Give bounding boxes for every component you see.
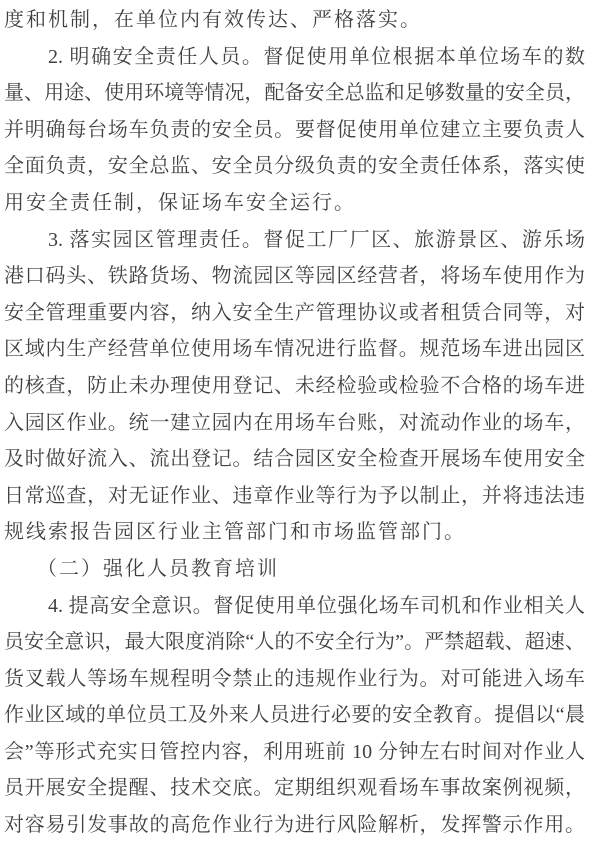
- text-line: 货叉载人等场车规程明令禁止的违规作业行为。对可能进入场车: [4, 661, 585, 698]
- text-line: 全面负责，安全总监、安全员分级负责的安全责任体系，落实使: [4, 148, 585, 185]
- text-line: 员安全意识，最大限度消除“人的不安全行为”。严禁超载、超速、: [4, 624, 585, 661]
- text-line: 度和机制，在单位内有效传达、严格落实。: [4, 2, 585, 39]
- text-line: 用安全责任制，保证场车安全运行。: [4, 185, 585, 222]
- text-line: 员开展安全提醒、技术交底。定期组织观看场车事故案例视频，: [4, 770, 585, 807]
- text-line: 及时做好流入、流出登记。结合园区安全检查开展场车使用安全: [4, 441, 585, 478]
- text-line: 量、用途、使用环境等情况，配备安全总监和足够数量的安全员，: [4, 75, 585, 112]
- text-line: 3. 落实园区管理责任。督促工厂厂区、旅游景区、游乐场所、: [4, 222, 585, 259]
- text-line: 会”等形式充实日管控内容，利用班前 10 分钟左右时间对作业人: [4, 734, 585, 771]
- section-heading: （二）强化人员教育培训: [4, 551, 585, 588]
- text-line: 作业区域的单位员工及外来人员进行必要的安全教育。提倡以“晨: [4, 697, 585, 734]
- text-line: 区域内生产经营单位使用场车情况进行监督。规范场车进出园区: [4, 331, 585, 368]
- text-line: 港口码头、铁路货场、物流园区等园区经营者，将场车使用作为: [4, 258, 585, 295]
- text-line: 对容易引发事故的高危作业行为进行风险解析，发挥警示作用。: [4, 807, 585, 844]
- text-line: 2. 明确安全责任人员。督促使用单位根据本单位场车的数: [4, 39, 585, 76]
- text-line: 安全管理重要内容，纳入安全生产管理协议或者租赁合同等，对: [4, 295, 585, 332]
- document-page: 度和机制，在单位内有效传达、严格落实。2. 明确安全责任人员。督促使用单位根据本…: [0, 0, 590, 844]
- text-line: 的核查，防止未办理使用登记、未经检验或检验不合格的场车进: [4, 368, 585, 405]
- text-line: 日常巡查，对无证作业、违章作业等行为予以制止，并将违法违: [4, 478, 585, 515]
- text-line: 4. 提高安全意识。督促使用单位强化场车司机和作业相关人: [4, 588, 585, 625]
- text-line: 规线索报告园区行业主管部门和市场监管部门。: [4, 514, 585, 551]
- text-line: 入园区作业。统一建立园内在用场车台账，对流动作业的场车，: [4, 405, 585, 442]
- text-line: 并明确每台场车负责的安全员。要督促使用单位建立主要负责人: [4, 112, 585, 149]
